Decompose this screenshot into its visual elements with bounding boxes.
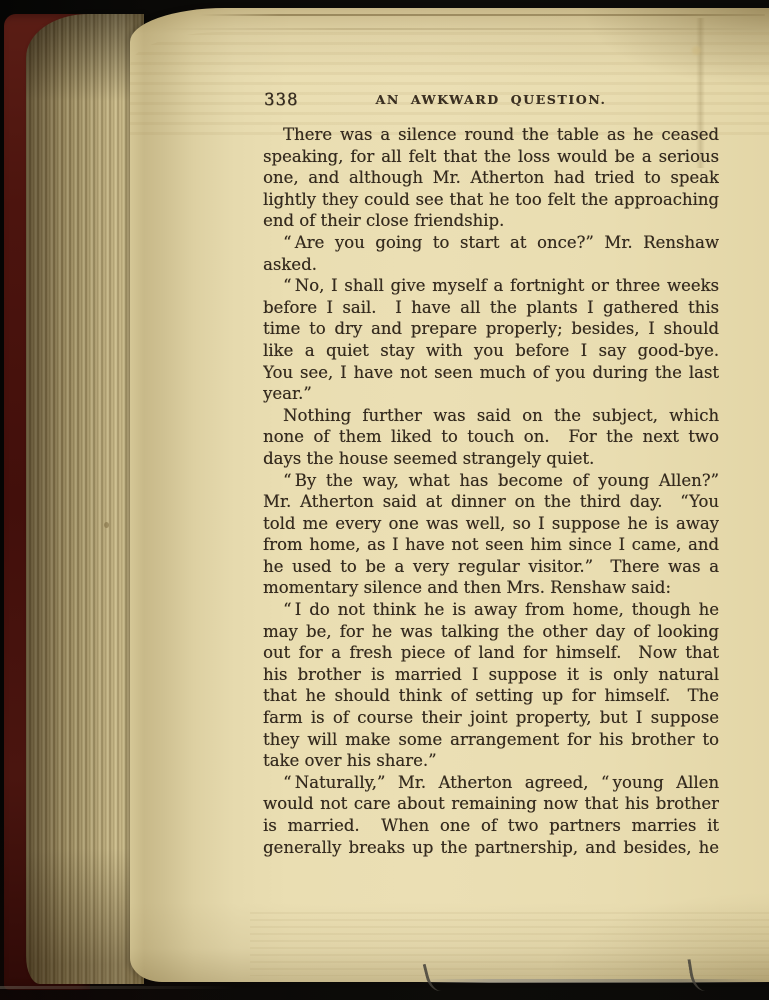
text-line: he used to be a very regular visitor.” T… — [263, 556, 719, 578]
text-line: “ No, I shall give myself a fortnight or… — [263, 275, 719, 297]
text-line: that he should think of setting up for h… — [263, 685, 719, 707]
paper-speckle — [692, 46, 701, 55]
text-line: like a quiet stay with you before I say … — [263, 340, 719, 362]
text-line: asked. — [263, 254, 719, 276]
text-line: speaking, for all felt that the loss wou… — [263, 146, 719, 168]
text-line: take over his share.” — [263, 750, 719, 772]
paragraph: Nothing further was said on the subject,… — [263, 405, 719, 470]
paper-speckle — [104, 522, 109, 528]
text-line: “ Naturally,” Mr. Atherton agreed, “ you… — [263, 772, 719, 794]
text-line: days the house seemed strangely quiet. — [263, 448, 719, 470]
paragraph: “ I do not think he is away from home, t… — [263, 599, 719, 772]
text-line: is married. When one of two partners mar… — [263, 815, 719, 837]
text-line: end of their close friendship. — [263, 210, 719, 232]
text-line: from home, as I have not seen him since … — [263, 534, 719, 556]
text-line: would not care about remaining now that … — [263, 793, 719, 815]
text-line: You see, I have not seen much of you dur… — [263, 362, 719, 384]
running-title: AN AWKWARD QUESTION. — [263, 90, 719, 110]
paragraph: “ No, I shall give myself a fortnight or… — [263, 275, 719, 405]
text-line: There was a silence round the table as h… — [263, 124, 719, 146]
page-number: 338 — [264, 90, 299, 110]
text-line: told me every one was well, so I suppose… — [263, 513, 719, 535]
text-line: Nothing further was said on the subject,… — [263, 405, 719, 427]
text-line: may be, for he was talking the other day… — [263, 621, 719, 643]
text-line: momentary silence and then Mrs. Renshaw … — [263, 577, 719, 599]
text-line: time to dry and prepare properly; beside… — [263, 318, 719, 340]
text-line: farm is of course their joint property, … — [263, 707, 719, 729]
text-line: his brother is married I suppose it is o… — [263, 664, 719, 686]
book-photo: 338 AN AWKWARD QUESTION. There was a sil… — [0, 0, 769, 1000]
page-body: There was a silence round the table as h… — [263, 124, 719, 858]
paragraph: There was a silence round the table as h… — [263, 124, 719, 232]
text-line: “ I do not think he is away from home, t… — [263, 599, 719, 621]
text-line: out for a fresh piece of land for himsel… — [263, 642, 719, 664]
paragraph: “ By the way, what has become of young A… — [263, 470, 719, 600]
paragraph: “ Naturally,” Mr. Atherton agreed, “ you… — [263, 772, 719, 858]
page-top-edge-line — [200, 14, 765, 16]
page-header: 338 AN AWKWARD QUESTION. — [263, 90, 719, 110]
page-top-edge-line — [160, 28, 769, 30]
text-line: “ Are you going to start at once?” Mr. R… — [263, 232, 719, 254]
text-line: one, and although Mr. Atherton had tried… — [263, 167, 719, 189]
paragraph: “ Are you going to start at once?” Mr. R… — [263, 232, 719, 275]
text-line: “ By the way, what has become of young A… — [263, 470, 719, 492]
printed-text-block: 338 AN AWKWARD QUESTION. There was a sil… — [263, 90, 719, 858]
table-edge-highlight — [0, 986, 235, 989]
page-fore-edges — [26, 14, 144, 984]
text-line: none of them liked to touch on. For the … — [263, 426, 719, 448]
table-edge-highlight — [420, 979, 769, 983]
text-line: year.” — [263, 383, 719, 405]
text-line: generally breaks up the partnership, and… — [263, 837, 719, 859]
text-line: they will make some arrangement for his … — [263, 729, 719, 751]
text-line: before I sail. I have all the plants I g… — [263, 297, 719, 319]
text-line: Mr. Atherton said at dinner on the third… — [263, 491, 719, 513]
text-line: lightly they could see that he too felt … — [263, 189, 719, 211]
